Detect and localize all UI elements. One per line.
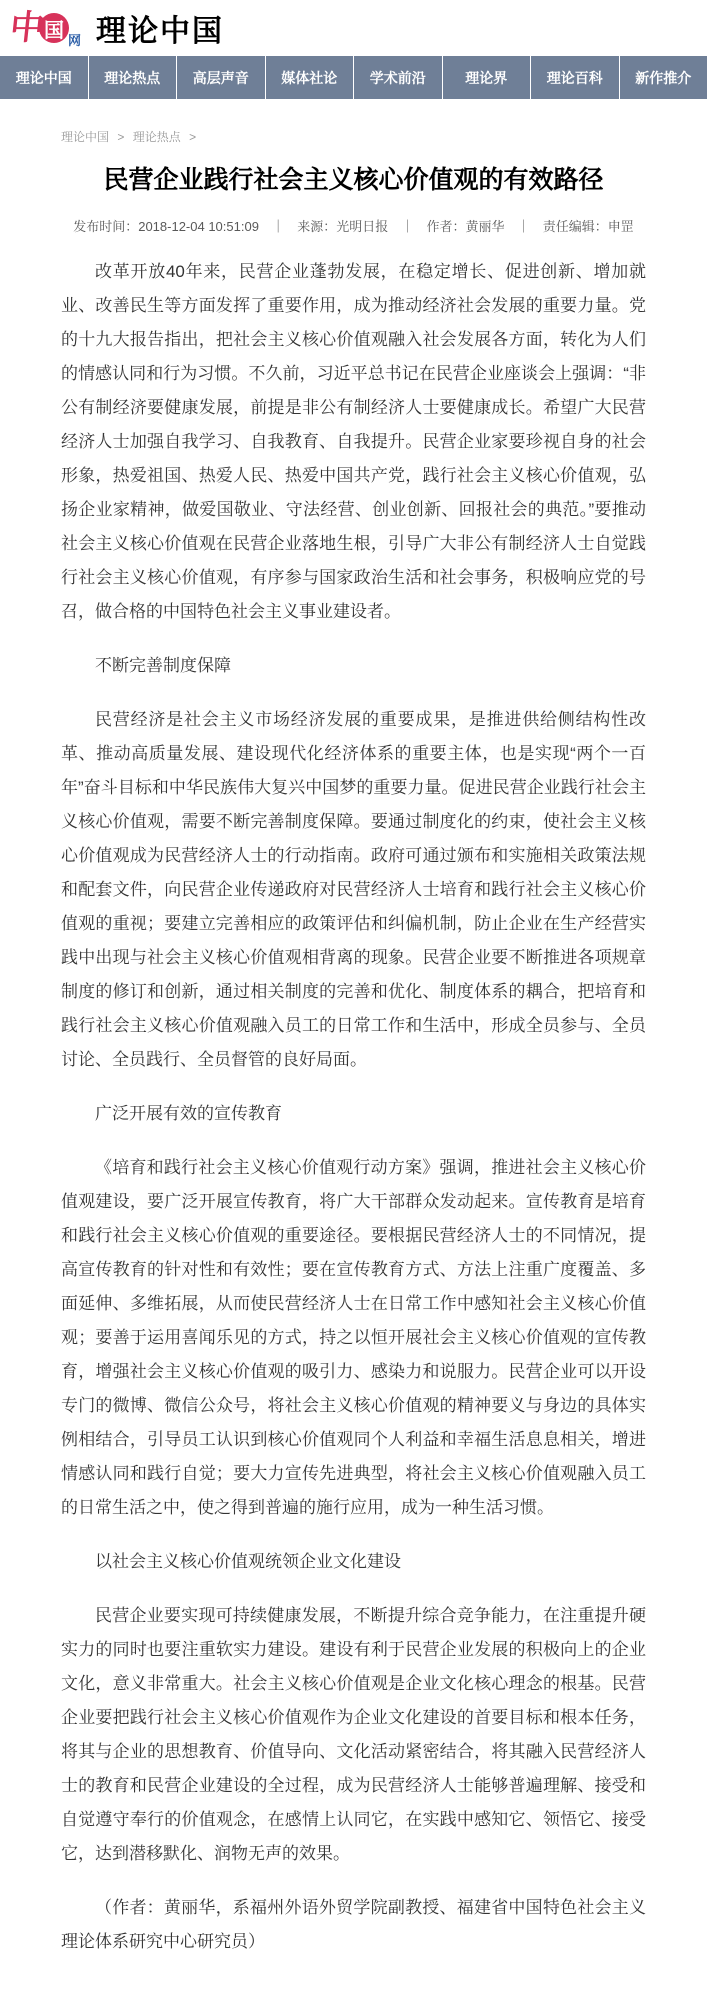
meta-separator: ｜: [272, 219, 285, 234]
breadcrumb-separator: >: [189, 130, 196, 144]
nav-item-lilun-zhongguo[interactable]: 理论中国: [0, 56, 89, 99]
section-heading-3: 以社会主义核心价值观统领企业文化建设: [61, 1545, 646, 1579]
article: 民营企业践行社会主义核心价值观的有效路径 发布时间：2018-12-04 10:…: [61, 163, 646, 1959]
article-source: 来源：光明日报: [297, 219, 388, 234]
nav-item-xueshu-qianyan[interactable]: 学术前沿: [354, 56, 443, 99]
nav-item-lilun-baike[interactable]: 理论百科: [531, 56, 620, 99]
logo-wang-char: 网: [68, 30, 81, 49]
article-author: 作者：黄丽华: [426, 219, 504, 234]
site-logo[interactable]: 中 国 网 理论中国: [10, 6, 224, 50]
breadcrumb-link-home[interactable]: 理论中国: [61, 130, 109, 144]
main-nav: 理论中国 理论热点 高层声音 媒体社论 学术前沿 理论界 理论百科 新作推介: [0, 56, 707, 99]
meta-separator: ｜: [517, 219, 530, 234]
publish-time: 发布时间：2018-12-04 10:51:09: [73, 219, 259, 234]
site-header: 中 国 网 理论中国: [0, 0, 707, 56]
nav-item-lilunjie[interactable]: 理论界: [443, 56, 532, 99]
author-note: （作者：黄丽华，系福州外语外贸学院副教授、福建省中国特色社会主义理论体系研究中心…: [61, 1891, 646, 1959]
breadcrumb: 理论中国 > 理论热点 >: [61, 99, 646, 145]
meta-separator: ｜: [401, 219, 414, 234]
nav-item-gaoceng-shengyin[interactable]: 高层声音: [177, 56, 266, 99]
breadcrumb-link-section[interactable]: 理论热点: [133, 130, 181, 144]
nav-item-xinzuo-tuijie[interactable]: 新作推介: [620, 56, 707, 99]
paragraph-intro: 改革开放40年来，民营企业蓬勃发展，在稳定增长、促进创新、增加就业、改善民生等方…: [61, 255, 646, 629]
nav-item-meiti-shelun[interactable]: 媒体社论: [266, 56, 355, 99]
section-heading-2: 广泛开展有效的宣传教育: [61, 1097, 646, 1131]
paragraph-section-3: 民营企业要实现可持续健康发展，不断提升综合竞争能力，在注重提升硬实力的同时也要注…: [61, 1599, 646, 1871]
breadcrumb-separator: >: [117, 130, 124, 144]
article-editor: 责任编辑：申罡: [543, 219, 634, 234]
section-heading-1: 不断完善制度保障: [61, 649, 646, 683]
article-body: 改革开放40年来，民营企业蓬勃发展，在稳定增长、促进创新、增加就业、改善民生等方…: [61, 255, 646, 1959]
site-name: 理论中国: [96, 6, 224, 50]
article-meta: 发布时间：2018-12-04 10:51:09 ｜ 来源：光明日报 ｜ 作者：…: [61, 216, 646, 235]
paragraph-section-1: 民营经济是社会主义市场经济发展的重要成果，是推进供给侧结构性改革、推动高质量发展…: [61, 703, 646, 1077]
article-title: 民营企业践行社会主义核心价值观的有效路径: [61, 163, 646, 198]
nav-item-lilun-redian[interactable]: 理论热点: [89, 56, 178, 99]
logo-zhong-char: 中: [8, 11, 46, 45]
paragraph-section-2: 《培育和践行社会主义核心价值观行动方案》强调，推进社会主义核心价值观建设，要广泛…: [61, 1151, 646, 1525]
